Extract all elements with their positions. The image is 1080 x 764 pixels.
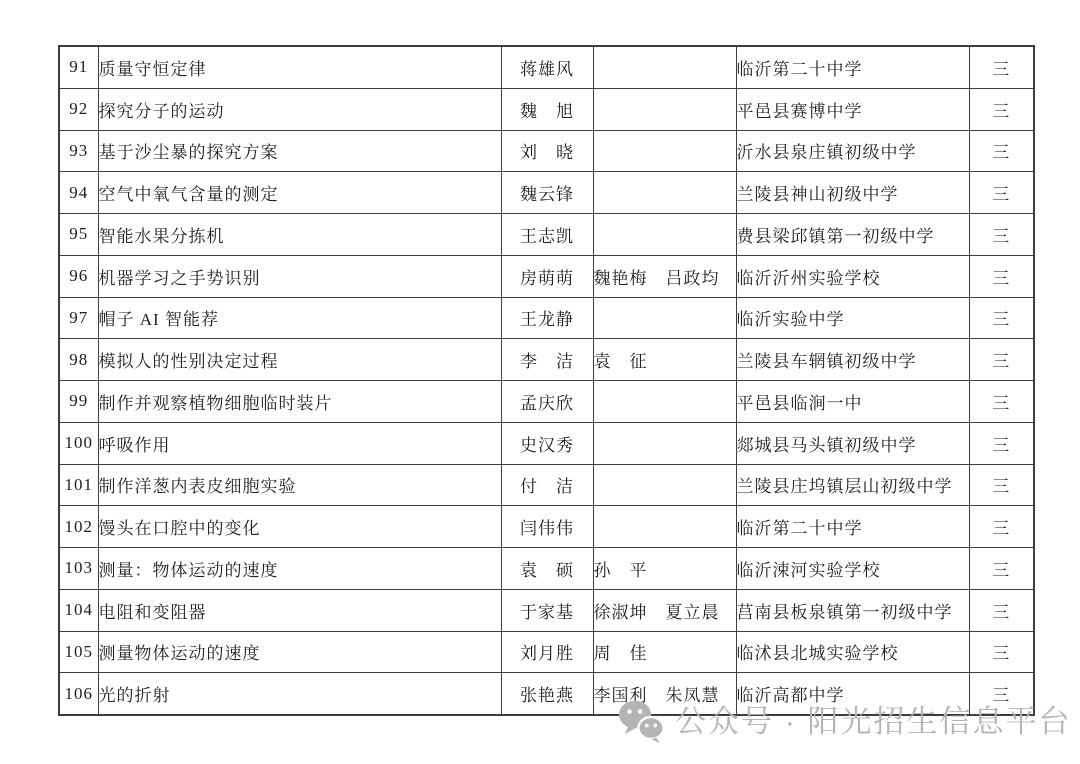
- co-authors-cell: [593, 172, 736, 214]
- school-cell: 郯城县马头镇初级中学: [736, 422, 969, 464]
- co-authors-cell: 魏艳梅 吕政均: [593, 255, 736, 297]
- watermark-text: 公众号 · 阳光招生信息平台: [675, 706, 1072, 737]
- project-title-cell: 馒头在口腔中的变化: [98, 506, 501, 548]
- project-title-cell: 机器学习之手势识别: [98, 255, 501, 297]
- project-title-cell: 基于沙尘暴的探究方案: [98, 130, 501, 172]
- row-number-cell: 93: [59, 130, 98, 172]
- school-cell: 平邑县赛博中学: [736, 88, 969, 130]
- watermark: 公众号 · 阳光招生信息平台: [618, 696, 1072, 746]
- award-cell: 三: [969, 255, 1034, 297]
- author-cell: 付 洁: [501, 464, 593, 506]
- author-cell: 史汉秀: [501, 422, 593, 464]
- award-table: 91质量守恒定律蒋雄风临沂第二十中学三92探究分子的运动魏 旭平邑县赛博中学三9…: [58, 45, 1035, 716]
- co-authors-cell: [593, 464, 736, 506]
- page: 91质量守恒定律蒋雄风临沂第二十中学三92探究分子的运动魏 旭平邑县赛博中学三9…: [0, 0, 1080, 764]
- author-cell: 魏 旭: [501, 88, 593, 130]
- project-title-cell: 帽子 AI 智能荐: [98, 297, 501, 339]
- row-number-cell: 97: [59, 297, 98, 339]
- author-cell: 王龙静: [501, 297, 593, 339]
- table-row: 100呼吸作用史汉秀郯城县马头镇初级中学三: [59, 422, 1034, 464]
- co-authors-cell: [593, 506, 736, 548]
- co-authors-cell: 徐淑坤 夏立晨: [593, 589, 736, 631]
- award-cell: 三: [969, 214, 1034, 256]
- award-cell: 三: [969, 506, 1034, 548]
- row-number-cell: 106: [59, 673, 98, 715]
- co-authors-cell: 孙 平: [593, 548, 736, 590]
- school-cell: 临沂涑河实验学校: [736, 548, 969, 590]
- row-number-cell: 95: [59, 214, 98, 256]
- school-cell: 兰陵县车辋镇初级中学: [736, 339, 969, 381]
- school-cell: 沂水县泉庄镇初级中学: [736, 130, 969, 172]
- table-row: 94空气中氧气含量的测定魏云锋兰陵县神山初级中学三: [59, 172, 1034, 214]
- school-cell: 临沭县北城实验学校: [736, 631, 969, 673]
- author-cell: 魏云锋: [501, 172, 593, 214]
- award-cell: 三: [969, 46, 1034, 88]
- co-authors-cell: [593, 46, 736, 88]
- award-cell: 三: [969, 130, 1034, 172]
- project-title-cell: 电阻和变阻器: [98, 589, 501, 631]
- row-number-cell: 105: [59, 631, 98, 673]
- table-row: 93基于沙尘暴的探究方案刘 晓沂水县泉庄镇初级中学三: [59, 130, 1034, 172]
- row-number-cell: 96: [59, 255, 98, 297]
- table-row: 96机器学习之手势识别房萌萌魏艳梅 吕政均临沂沂州实验学校三: [59, 255, 1034, 297]
- project-title-cell: 测量物体运动的速度: [98, 631, 501, 673]
- school-cell: 平邑县临涧一中: [736, 381, 969, 423]
- table-row: 92探究分子的运动魏 旭平邑县赛博中学三: [59, 88, 1034, 130]
- table-row: 99制作并观察植物细胞临时装片孟庆欣平邑县临涧一中三: [59, 381, 1034, 423]
- row-number-cell: 91: [59, 46, 98, 88]
- row-number-cell: 92: [59, 88, 98, 130]
- school-cell: 临沂第二十中学: [736, 46, 969, 88]
- project-title-cell: 呼吸作用: [98, 422, 501, 464]
- row-number-cell: 100: [59, 422, 98, 464]
- co-authors-cell: [593, 381, 736, 423]
- project-title-cell: 制作洋葱内表皮细胞实验: [98, 464, 501, 506]
- award-cell: 三: [969, 631, 1034, 673]
- school-cell: 兰陵县神山初级中学: [736, 172, 969, 214]
- author-cell: 刘月胜: [501, 631, 593, 673]
- project-title-cell: 制作并观察植物细胞临时装片: [98, 381, 501, 423]
- author-cell: 孟庆欣: [501, 381, 593, 423]
- author-cell: 张艳燕: [501, 673, 593, 715]
- school-cell: 临沂第二十中学: [736, 506, 969, 548]
- school-cell: 临沂沂州实验学校: [736, 255, 969, 297]
- project-title-cell: 模拟人的性别决定过程: [98, 339, 501, 381]
- co-authors-cell: 袁 征: [593, 339, 736, 381]
- school-cell: 费县梁邱镇第一初级中学: [736, 214, 969, 256]
- school-cell: 临沂实验中学: [736, 297, 969, 339]
- award-cell: 三: [969, 589, 1034, 631]
- row-number-cell: 101: [59, 464, 98, 506]
- row-number-cell: 94: [59, 172, 98, 214]
- co-authors-cell: [593, 297, 736, 339]
- author-cell: 袁 硕: [501, 548, 593, 590]
- co-authors-cell: 周 佳: [593, 631, 736, 673]
- co-authors-cell: [593, 214, 736, 256]
- table-row: 97帽子 AI 智能荐王龙静临沂实验中学三: [59, 297, 1034, 339]
- award-cell: 三: [969, 422, 1034, 464]
- award-cell: 三: [969, 172, 1034, 214]
- project-title-cell: 测量：物体运动的速度: [98, 548, 501, 590]
- award-cell: 三: [969, 381, 1034, 423]
- project-title-cell: 光的折射: [98, 673, 501, 715]
- award-table-body: 91质量守恒定律蒋雄风临沂第二十中学三92探究分子的运动魏 旭平邑县赛博中学三9…: [59, 46, 1034, 715]
- award-cell: 三: [969, 88, 1034, 130]
- table-row: 102馒头在口腔中的变化闫伟伟临沂第二十中学三: [59, 506, 1034, 548]
- author-cell: 李 洁: [501, 339, 593, 381]
- school-cell: 兰陵县庄坞镇层山初级中学: [736, 464, 969, 506]
- table-row: 98模拟人的性别决定过程李 洁袁 征兰陵县车辋镇初级中学三: [59, 339, 1034, 381]
- table-row: 101制作洋葱内表皮细胞实验付 洁兰陵县庄坞镇层山初级中学三: [59, 464, 1034, 506]
- author-cell: 刘 晓: [501, 130, 593, 172]
- table-row: 103测量：物体运动的速度袁 硕孙 平临沂涑河实验学校三: [59, 548, 1034, 590]
- table-row: 105测量物体运动的速度刘月胜周 佳临沭县北城实验学校三: [59, 631, 1034, 673]
- co-authors-cell: [593, 88, 736, 130]
- row-number-cell: 103: [59, 548, 98, 590]
- row-number-cell: 102: [59, 506, 98, 548]
- school-cell: 莒南县板泉镇第一初级中学: [736, 589, 969, 631]
- award-cell: 三: [969, 464, 1034, 506]
- row-number-cell: 104: [59, 589, 98, 631]
- author-cell: 于家基: [501, 589, 593, 631]
- co-authors-cell: [593, 130, 736, 172]
- project-title-cell: 空气中氧气含量的测定: [98, 172, 501, 214]
- row-number-cell: 99: [59, 381, 98, 423]
- author-cell: 蒋雄风: [501, 46, 593, 88]
- project-title-cell: 智能水果分拣机: [98, 214, 501, 256]
- table-row: 104电阻和变阻器于家基徐淑坤 夏立晨莒南县板泉镇第一初级中学三: [59, 589, 1034, 631]
- project-title-cell: 质量守恒定律: [98, 46, 501, 88]
- co-authors-cell: [593, 422, 736, 464]
- award-cell: 三: [969, 548, 1034, 590]
- project-title-cell: 探究分子的运动: [98, 88, 501, 130]
- table-row: 91质量守恒定律蒋雄风临沂第二十中学三: [59, 46, 1034, 88]
- row-number-cell: 98: [59, 339, 98, 381]
- author-cell: 闫伟伟: [501, 506, 593, 548]
- award-cell: 三: [969, 339, 1034, 381]
- table-row: 95智能水果分拣机王志凯费县梁邱镇第一初级中学三: [59, 214, 1034, 256]
- wechat-icon: [618, 699, 664, 743]
- award-cell: 三: [969, 297, 1034, 339]
- author-cell: 王志凯: [501, 214, 593, 256]
- author-cell: 房萌萌: [501, 255, 593, 297]
